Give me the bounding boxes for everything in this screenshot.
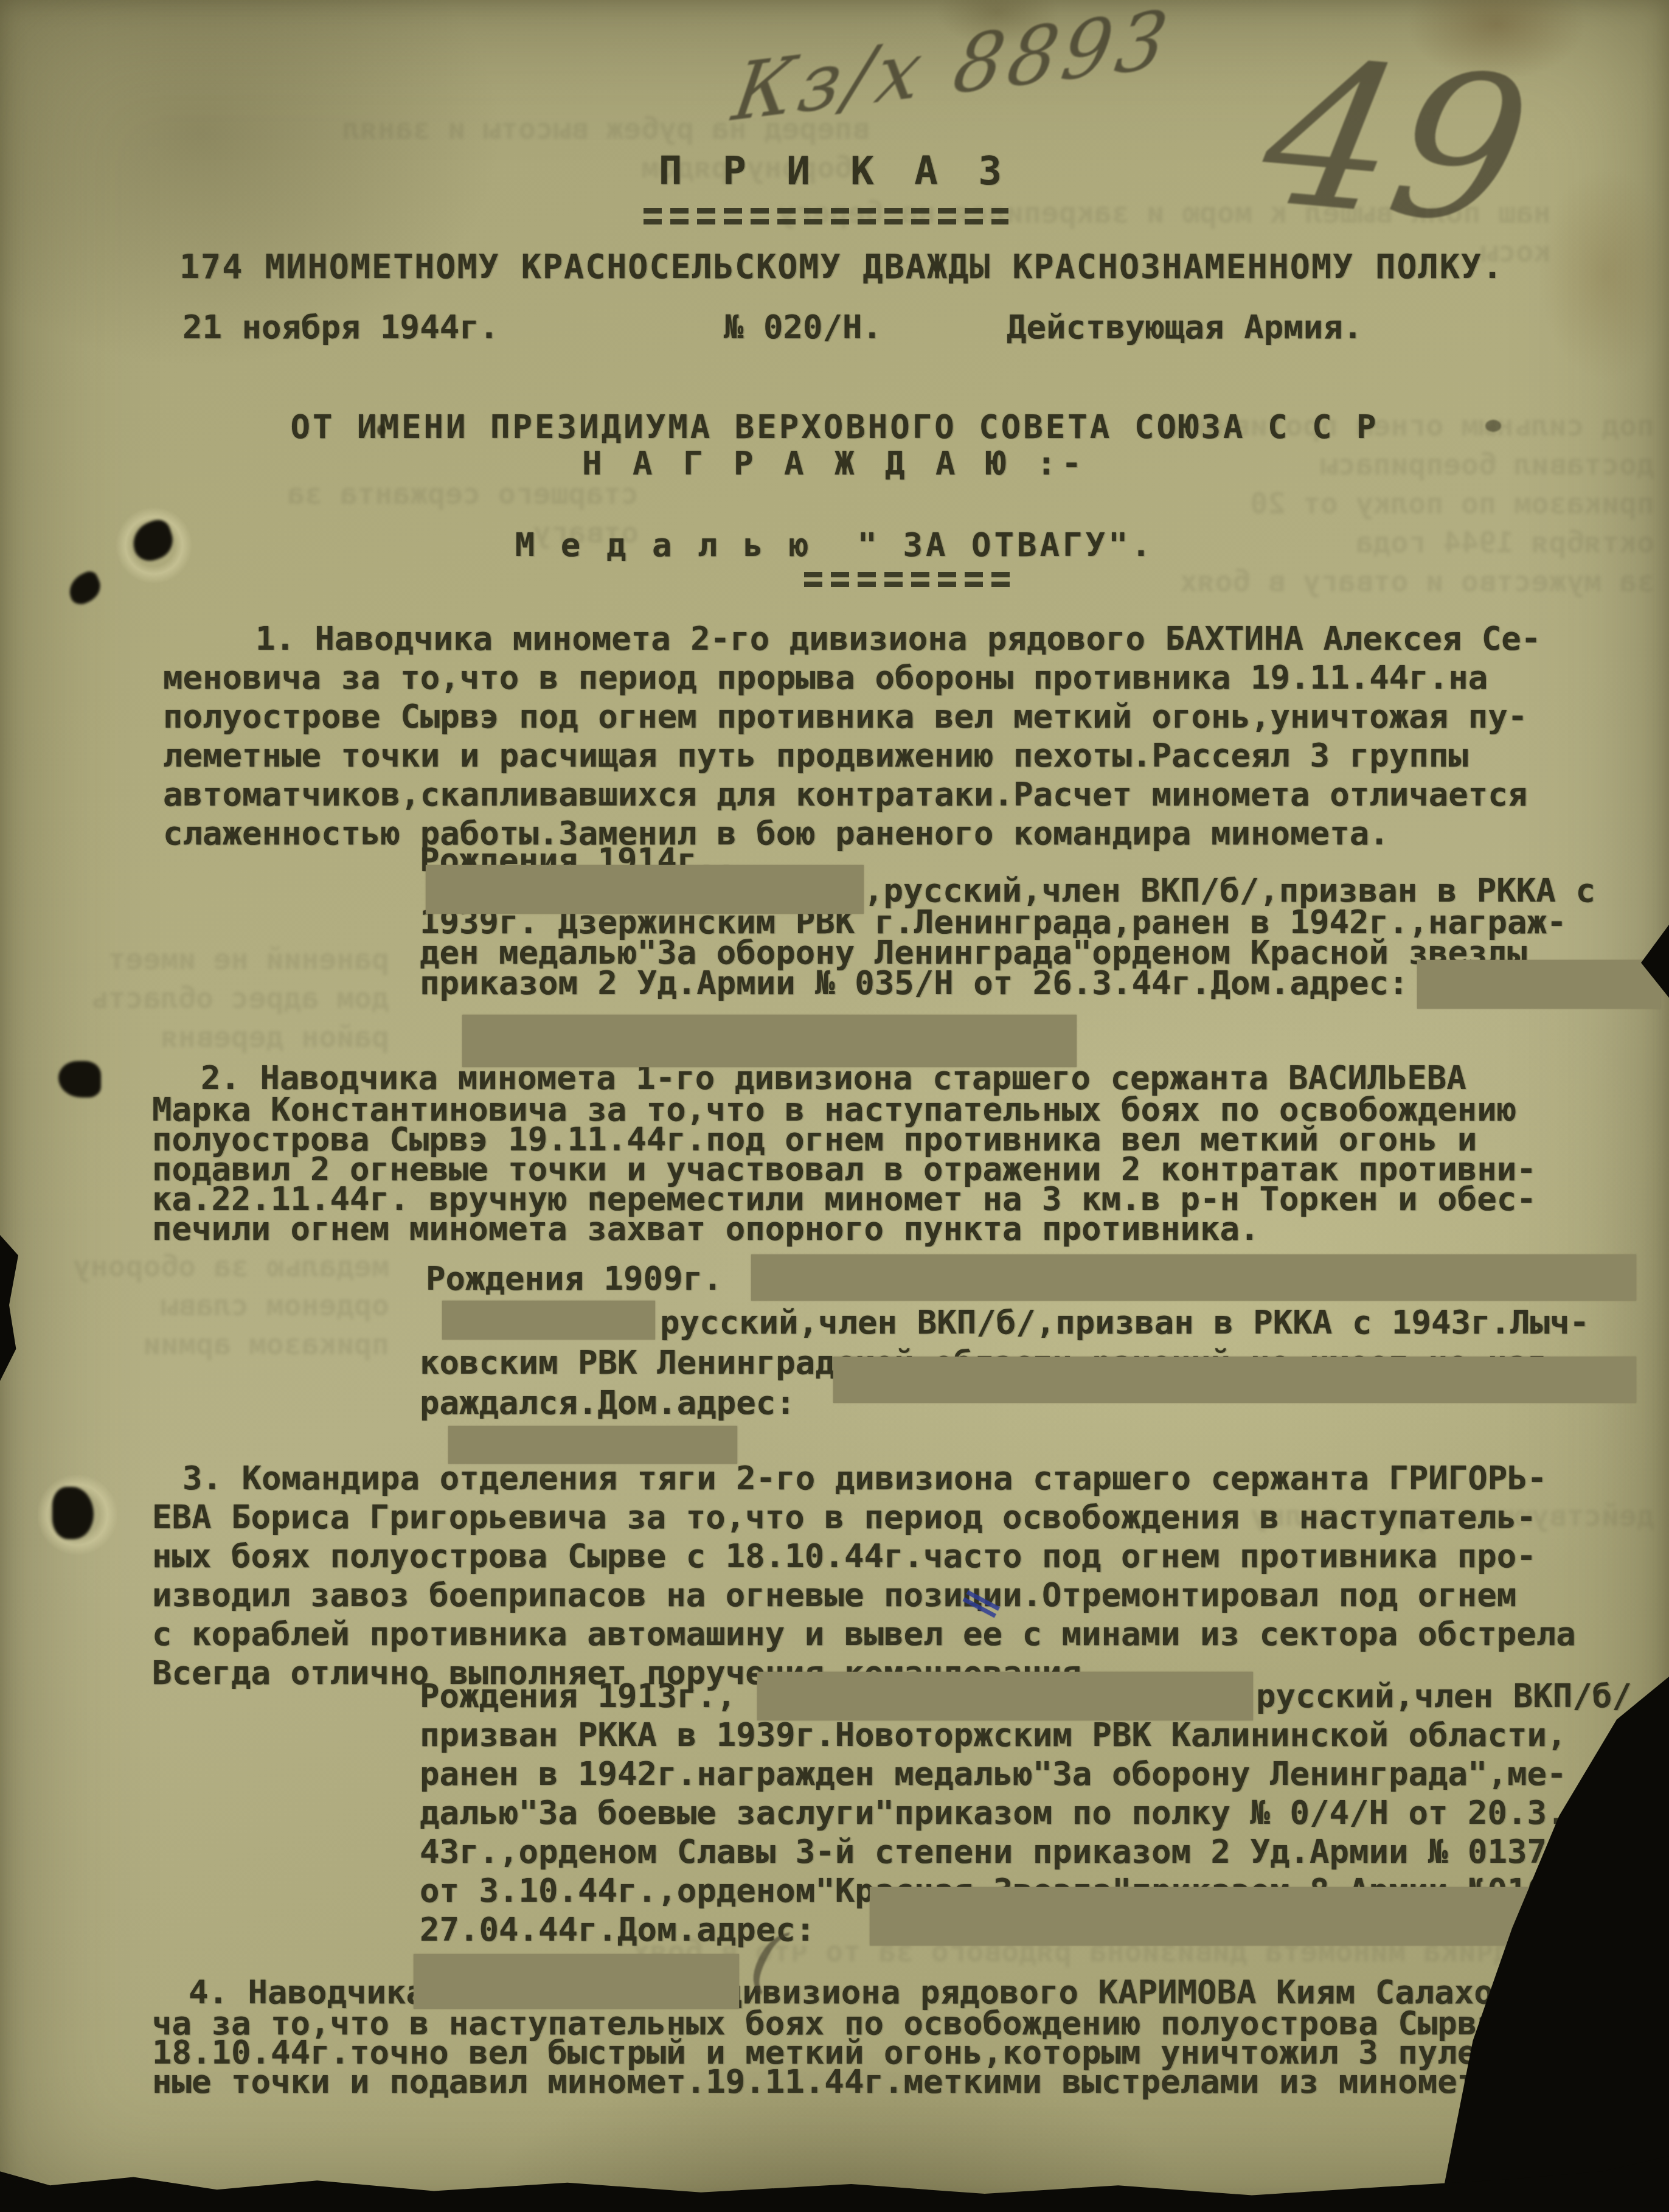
entry-3-line: изводил завоз боеприпасов на огневые поз… [152, 1577, 1516, 1613]
entry-1-line: слаженностью работы.Заменил в бою ранено… [163, 815, 1389, 852]
redaction-box [1417, 960, 1660, 1009]
entry-3-line: ных боях полуострова Сырве с 18.10.44г.ч… [152, 1538, 1536, 1574]
entry-1-bio-line: приказом 2 Уд.Армии № 035/Н от 26.3.44г.… [420, 965, 1409, 1001]
title-underline [644, 219, 1008, 224]
entry-1-line: меновича за то,что в период прорыва обор… [163, 659, 1488, 696]
paper-speck [596, 1191, 603, 1198]
medal-underline [804, 572, 1014, 577]
entry-3-bio-line: русский,член ВКП/б/, [1256, 1678, 1651, 1714]
award-medal-line: М е д а л ь ю " ЗА ОТВАГУ". [0, 527, 1669, 563]
redaction-box [462, 1015, 1077, 1067]
paper-sheet: вперед на рубеж высоты и занял оборону р… [0, 0, 1669, 2212]
entry-1-line: 1. Наводчика миномета 2-го дивизиона ряд… [255, 621, 1541, 657]
scanned-order-page: вперед на рубеж высоты и занял оборону р… [0, 0, 1669, 2212]
order-addressee: 174 МИНОМЕТНОМУ КРАСНОСЕЛЬСКОМУ ДВАЖДЫ К… [179, 248, 1504, 285]
title-underline [644, 208, 1008, 214]
entry-1-line: леметные точки и расчищая путь продвижен… [163, 737, 1468, 774]
entry-3-line: 3. Командира отделения тяги 2-го дивизио… [182, 1460, 1547, 1497]
entry-3-bio-line: далью"За боевые заслуги"приказом по полк… [420, 1795, 1586, 1831]
paper-speck [377, 425, 386, 436]
preamble-line: ОТ ИМЕНИ ПРЕЗИДИУМА ВЕРХОВНОГО СОВЕТА СО… [0, 409, 1669, 445]
redaction-box [757, 1672, 1253, 1720]
entry-3-line: с кораблей противника автомашину и вывел… [152, 1616, 1576, 1652]
medal-underline [804, 582, 1014, 587]
redaction-box [833, 1357, 1636, 1403]
redaction-box [414, 1954, 739, 2009]
entry-2-birth: Рождения 1909г. [426, 1261, 723, 1297]
award-verb: Н А Г Р А Ж Д А Ю :- [0, 445, 1669, 482]
entry-3-birth: Рождения 1913г., [420, 1678, 736, 1714]
redaction-box [751, 1254, 1636, 1301]
typewritten-text-layer: П Р И К А З 174 МИНОМЕТНОМУ КРАСНОСЕЛЬСК… [0, 0, 1669, 2212]
paper-speck [1485, 420, 1501, 432]
entry-3-bio-line: 43г.,орденом Славы 3-й степени приказом … [420, 1834, 1567, 1870]
order-location: Действующая Армия. [1007, 309, 1362, 346]
entry-4-line: ные точки и подавил миномет.19.11.44г.ме… [152, 2064, 1497, 2100]
entry-3-bio-line: призван РККА в 1939г.Новоторжским РВК Ка… [420, 1717, 1567, 1753]
entry-2-bio-line: русский,член ВКП/б/,призван в РККА с 194… [660, 1304, 1589, 1341]
page-number-handwritten: 49 [1249, 33, 1542, 253]
entry-3-line: ЕВА Бориса Григорьевича за то,что в пери… [152, 1499, 1536, 1536]
redaction-box [426, 865, 864, 914]
order-date: 21 ноября 1944г. [182, 309, 499, 346]
entry-2-bio-line: раждался.Дом.адрес: [420, 1385, 796, 1421]
entry-1-line: полуострове Сырвэ под огнем противника в… [163, 698, 1527, 735]
paper-hole [52, 1487, 94, 1539]
redaction-box [442, 1301, 655, 1340]
entry-1-line: автоматчиков,скапливавшихся для контрата… [163, 776, 1527, 813]
redaction-box [448, 1426, 737, 1464]
order-number: № 020/Н. [724, 309, 882, 346]
entry-2-line: печили огнем миномета захват опорного пу… [152, 1211, 1260, 1247]
entry-3-bio-line: ранен в 1942г.награжден медалью"За оборо… [420, 1756, 1567, 1792]
